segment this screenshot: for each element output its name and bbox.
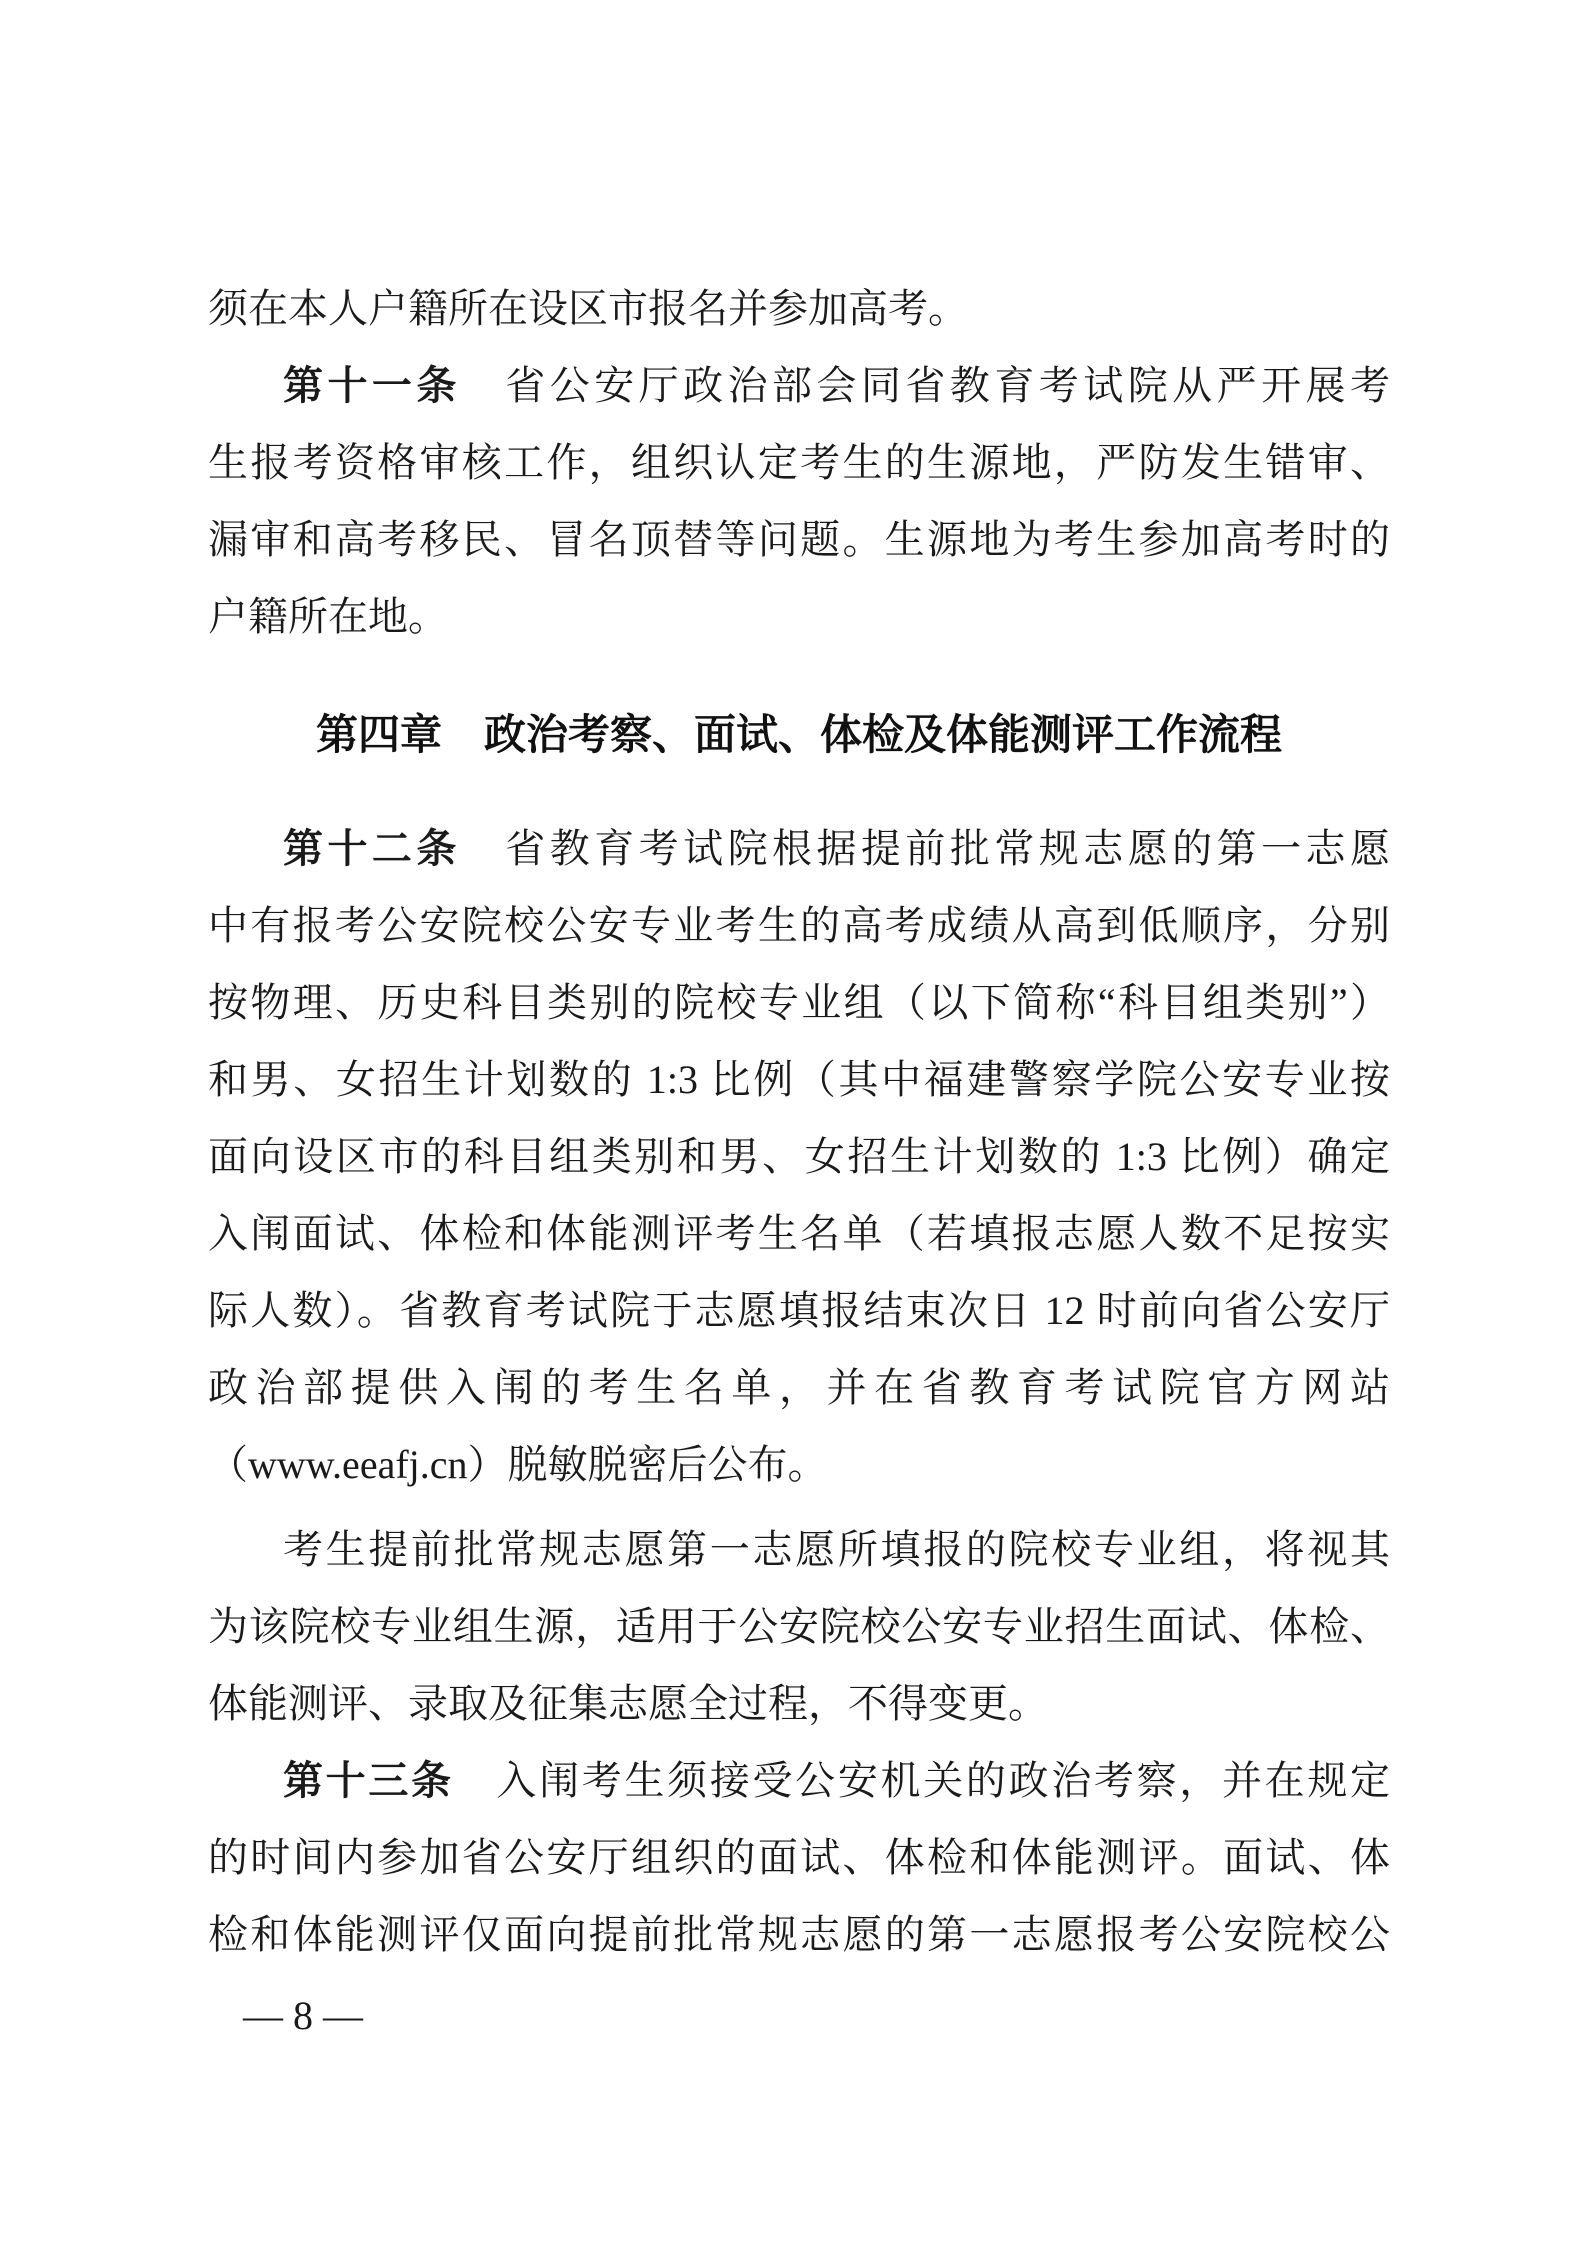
- text-line: 际人数）。省教育考试院于志愿填报结束次日 12 时前向省公安厅: [208, 1272, 1390, 1349]
- text-line: 的时间内参加省公安厅组织的面试、体检和体能测评。面试、体: [208, 1819, 1390, 1896]
- text-line: 第十二条 省教育考试院根据提前批常规志愿的第一志愿: [208, 810, 1390, 887]
- article-number: 第十二条: [283, 827, 461, 871]
- text-line-continuation: 入闱考生须接受公安机关的政治考察，并在规定: [454, 1758, 1390, 1803]
- text-line: 体能测评、录取及征集志愿全过程，不得变更。: [208, 1665, 1390, 1742]
- article-number: 第十一条: [283, 364, 461, 408]
- text-line: 为该院校专业组生源，适用于公安院校公安专业招生面试、体检、: [208, 1588, 1390, 1665]
- text-line: 考生提前批常规志愿第一志愿所填报的院校专业组，将视其: [208, 1511, 1390, 1588]
- text-line-continuation: 省教育考试院根据提前批常规志愿的第一志愿: [461, 826, 1390, 871]
- text-line: 检和体能测评仅面向提前批常规志愿的第一志愿报考公安院校公: [208, 1896, 1390, 1973]
- chapter-heading: 第四章 政治考察、面试、体检及体能测评工作流程: [208, 696, 1390, 773]
- text-line: （www.eeafj.cn）脱敏脱密后公布。: [208, 1426, 1390, 1503]
- text-line: 生报考资格审核工作，组织认定考生的生源地，严防发生错审、: [208, 424, 1390, 501]
- text-line: 按物理、历史科目类别的院校专业组（以下简称“科目组类别”）: [208, 964, 1390, 1041]
- text-line: 中有报考公安院校公安专业考生的高考成绩从高到低顺序，分别: [208, 887, 1390, 964]
- text-line: 第十一条 省公安厅政治部会同省教育考试院从严开展考: [208, 347, 1390, 424]
- text-line-continuation: 省公安厅政治部会同省教育考试院从严开展考: [461, 363, 1390, 408]
- text-line: 入闱面试、体检和体能测评考生名单（若填报志愿人数不足按实: [208, 1195, 1390, 1272]
- text-line: 第十三条 入闱考生须接受公安机关的政治考察，并在规定: [208, 1742, 1390, 1819]
- text-line: 政治部提供入闱的考生名单，并在省教育考试院官方网站: [208, 1349, 1390, 1426]
- text-line: 漏审和高考移民、冒名顶替等问题。生源地为考生参加高考时的: [208, 501, 1390, 578]
- text-line: 面向设区市的科目组类别和男、女招生计划数的 1:3 比例）确定: [208, 1118, 1390, 1195]
- article-number: 第十三条: [283, 1759, 454, 1803]
- text-line: 须在本人户籍所在设区市报名并参加高考。: [208, 270, 1390, 347]
- document-body: 须在本人户籍所在设区市报名并参加高考。 第十一条 省公安厅政治部会同省教育考试院…: [208, 270, 1390, 1973]
- text-line: 户籍所在地。: [208, 578, 1390, 655]
- document-page: 须在本人户籍所在设区市报名并参加高考。 第十一条 省公安厅政治部会同省教育考试院…: [0, 0, 1587, 2245]
- text-line: 和男、女招生计划数的 1:3 比例（其中福建警察学院公安专业按: [208, 1041, 1390, 1118]
- page-number: — 8 —: [243, 1977, 363, 2054]
